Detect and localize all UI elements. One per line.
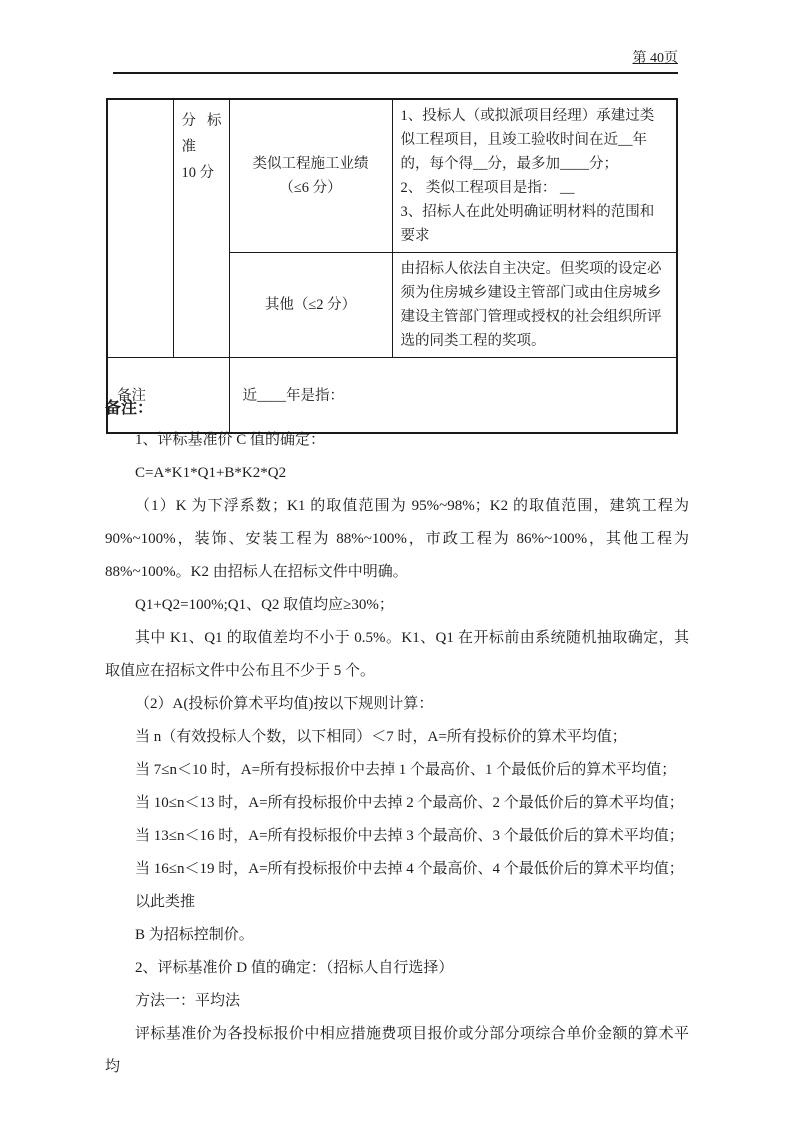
notes-heading: 备注：	[105, 394, 689, 424]
page-number: 第 40页	[633, 51, 679, 66]
notes-paragraph: 当 7≤n＜10 时，A=所有投标报价中去掉 1 个最高价、1 个最低价后的算术…	[105, 754, 689, 787]
criterion-cell: 其他（≤2 分）	[229, 253, 392, 358]
notes-paragraph: 其中 K1、Q1 的取值差均不小于 0.5%。K1、Q1 在开标前由系统随机抽取…	[105, 622, 689, 688]
page-header: 第 40页	[113, 47, 678, 67]
notes-paragraph: 1、评标基准价 C 值的确定：	[105, 424, 689, 457]
notes-paragraph: 当 n（有效投标人个数，以下相同）＜7 时，A=所有投标价的算术平均值；	[105, 721, 689, 754]
empty-cell	[107, 99, 173, 358]
criterion-name: 类似工程施工业绩	[238, 152, 384, 176]
notes-paragraph: 评标基准价为各投标报价中相应措施费项目报价或分部分项综合单价金额的算术平均	[105, 1018, 689, 1084]
criterion-description-cell: 由招标人依法自主决定。但奖项的设定必须为住房城乡建设主管部门或由住房城乡建设主管…	[392, 253, 677, 358]
notes-paragraph: 当 13≤n＜16 时，A=所有投标报价中去掉 3 个最高价、3 个最低价后的算…	[105, 820, 689, 853]
table-row: 分标准 10 分 类似工程施工业绩 （≤6 分） 1、投标人（或拟派项目经理）承…	[107, 99, 677, 253]
notes-paragraph: 方法一：平均法	[105, 985, 689, 1018]
criterion-cell: 类似工程施工业绩 （≤6 分）	[229, 99, 392, 253]
criterion-description-cell: 1、投标人（或拟派项目经理）承建过类似工程项目，且竣工验收时间在近__年的，每个…	[392, 99, 677, 253]
notes-paragraph: （1）K 为下浮系数；K1 的取值范围为 95%~98%；K2 的取值范围，建筑…	[105, 490, 689, 589]
notes-paragraph: 当 10≤n＜13 时，A=所有投标报价中去掉 2 个最高价、2 个最低价后的算…	[105, 787, 689, 820]
description-line: 2、 类似工程项目是指： __	[401, 176, 669, 200]
notes-paragraph: 以此类推	[105, 886, 689, 919]
criterion-limit: （≤6 分）	[238, 176, 384, 200]
criterion-name: 其他（≤2 分）	[238, 293, 384, 317]
notes-paragraph: （2）A(投标价算术平均值)按以下规则计算：	[105, 688, 689, 721]
score-criteria-table: 分标准 10 分 类似工程施工业绩 （≤6 分） 1、投标人（或拟派项目经理）承…	[106, 98, 678, 434]
notes-paragraph: C=A*K1*Q1+B*K2*Q2	[105, 457, 689, 490]
notes-paragraph: 2、评标基准价 D 值的确定：（招标人自行选择）	[105, 952, 689, 985]
header-rule	[113, 72, 678, 74]
notes-paragraph: B 为招标控制价。	[105, 919, 689, 952]
description-line: 3、招标人在此处明确证明材料的范围和要求	[401, 200, 669, 248]
notes-section: 备注： 1、评标基准价 C 值的确定： C=A*K1*Q1+B*K2*Q2 （1…	[105, 394, 689, 1084]
criteria-header-score: 10 分	[182, 160, 224, 186]
criteria-header-label: 分标准	[182, 108, 222, 160]
description-line: 由招标人依法自主决定。但奖项的设定必须为住房城乡建设主管部门或由住房城乡建设主管…	[401, 257, 669, 353]
criteria-header-cell: 分标准 10 分	[173, 99, 229, 358]
notes-paragraph: 当 16≤n＜19 时，A=所有投标报价中去掉 4 个最高价、4 个最低价后的算…	[105, 853, 689, 886]
description-line: 1、投标人（或拟派项目经理）承建过类似工程项目，且竣工验收时间在近__年的，每个…	[401, 104, 669, 176]
notes-paragraph: Q1+Q2=100%;Q1、Q2 取值均应≥30%；	[105, 589, 689, 622]
